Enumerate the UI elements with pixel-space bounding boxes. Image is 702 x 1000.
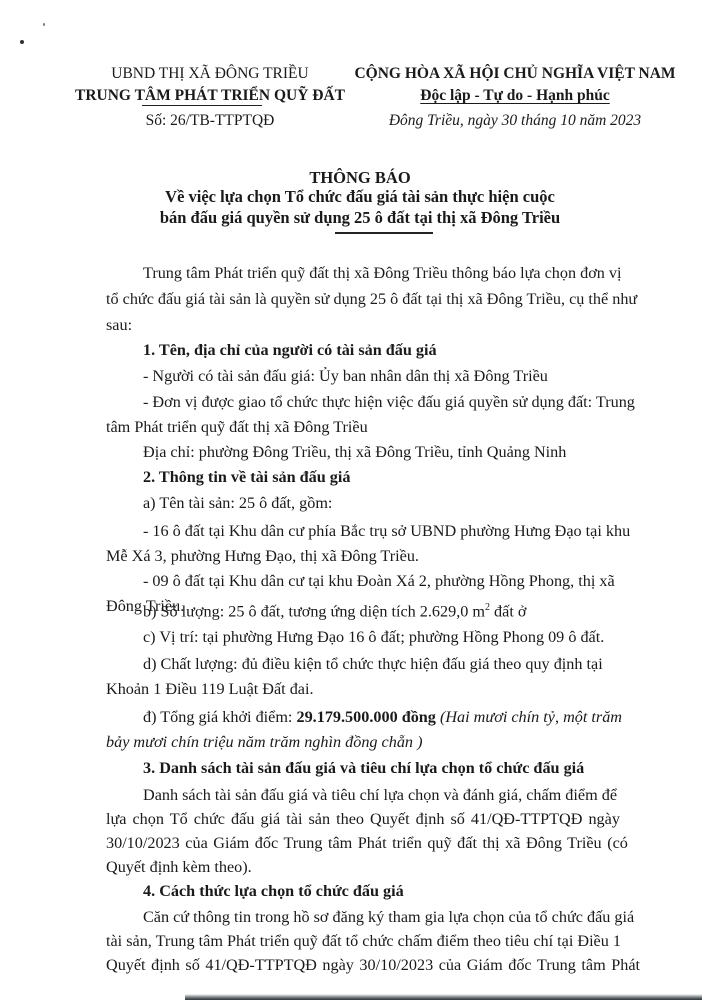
section-3-text: Quyết định kèm theo). xyxy=(106,858,252,877)
intro-line: sau: xyxy=(106,316,132,335)
place-and-date: Đông Triều, ngày 30 tháng 10 năm 2023 xyxy=(345,110,685,132)
document-subject-line2: bán đấu giá quyền sử dụng 25 ô đất tại t… xyxy=(130,208,590,228)
title-rule xyxy=(335,232,433,234)
starting-price-words: (Hai mươi chín tỷ, một trăm xyxy=(436,708,622,726)
asset-quantity-suffix: đất ở xyxy=(490,602,526,620)
section-3-text: lựa chọn Tổ chức đấu giá tài sản theo Qu… xyxy=(106,810,620,829)
section-4-text: Căn cứ thông tin trong hồ sơ đăng ký tha… xyxy=(143,908,634,927)
section-1-unit: - Đơn vị được giao tổ chức thực hiện việ… xyxy=(143,393,635,412)
asset-quality: Khoản 1 Điều 119 Luật Đất đai. xyxy=(106,680,314,699)
section-3-heading: 3. Danh sách tài sản đấu giá và tiêu chí… xyxy=(143,759,584,778)
asset-item-2: - 09 ô đất tại Khu dân cư tại khu Đoàn X… xyxy=(143,572,615,591)
asset-quality: d) Chất lượng: đủ điều kiện tổ chức thực… xyxy=(143,655,603,674)
document-heading: THÔNG BÁO xyxy=(130,168,590,188)
document-number: Số: 26/TB-TTPTQĐ xyxy=(60,110,360,132)
issuing-authority: UBND THỊ XÃ ĐÔNG TRIỀU xyxy=(60,63,360,85)
asset-quantity-text: b) Số lượng: 25 ô đất, tương ứng diện tí… xyxy=(143,602,485,620)
section-1-owner: - Người có tài sản đấu giá: Ủy ban nhân … xyxy=(143,367,548,386)
section-3-text: Danh sách tài sản đấu giá và tiêu chí lự… xyxy=(143,786,617,805)
starting-price-amount: 29.179.500.000 đồng xyxy=(296,708,435,726)
asset-item-1: Mễ Xá 3, phường Hưng Đạo, thị xã Đông Tr… xyxy=(106,547,419,566)
header-left-rule xyxy=(142,105,262,106)
document-subject-line1: Về việc lựa chọn Tổ chức đấu giá tài sản… xyxy=(130,187,590,207)
starting-price: đ) Tổng giá khởi điểm: 29.179.500.000 đồ… xyxy=(143,708,622,727)
asset-item-1: - 16 ô đất tại Khu dân cư phía Bắc trụ s… xyxy=(143,522,630,541)
intro-line: tổ chức đấu giá tài sản là quyền sử dụng… xyxy=(106,290,637,309)
scan-speck xyxy=(43,23,45,26)
section-4-text: tài sản, Trung tâm Phát triển quỹ đất tổ… xyxy=(106,932,621,951)
section-2-heading: 2. Thông tin về tài sản đấu giá xyxy=(143,468,351,487)
national-title: CỘNG HÒA XÃ HỘI CHỦ NGHĨA VIỆT NAM xyxy=(345,63,685,85)
asset-quantity: b) Số lượng: 25 ô đất, tương ứng diện tí… xyxy=(143,602,526,621)
issuing-organization: TRUNG TÂM PHÁT TRIỂN QUỸ ĐẤT xyxy=(60,85,360,107)
starting-price-label: đ) Tổng giá khởi điểm: xyxy=(143,708,296,726)
scan-edge-shadow xyxy=(185,994,702,1000)
section-1-heading: 1. Tên, địa chỉ của người có tài sản đấu… xyxy=(143,341,437,360)
section-1-unit: tâm Phát triển quỹ đất thị xã Đông Triều xyxy=(106,418,368,437)
section-4-heading: 4. Cách thức lựa chọn tổ chức đấu giá xyxy=(143,882,404,901)
section-3-text: 30/10/2023 của Giám đốc Trung tâm Phát t… xyxy=(106,834,628,853)
intro-line: Trung tâm Phát triển quỹ đất thị xã Đông… xyxy=(143,264,622,283)
asset-name: a) Tên tài sản: 25 ô đất, gồm: xyxy=(143,494,332,513)
scan-speck xyxy=(20,40,24,44)
section-4-text: Quyết định số 41/QĐ-TTPTQĐ ngày 30/10/20… xyxy=(106,956,640,975)
asset-location: c) Vị trí: tại phường Hưng Đạo 16 ô đất;… xyxy=(143,628,604,647)
national-motto: Độc lập - Tự do - Hạnh phúc xyxy=(345,85,685,107)
section-1-address: Địa chỉ: phường Đông Triều, thị xã Đông … xyxy=(143,443,566,462)
starting-price-words: bảy mươi chín triệu năm trăm nghìn đồng … xyxy=(106,733,422,752)
